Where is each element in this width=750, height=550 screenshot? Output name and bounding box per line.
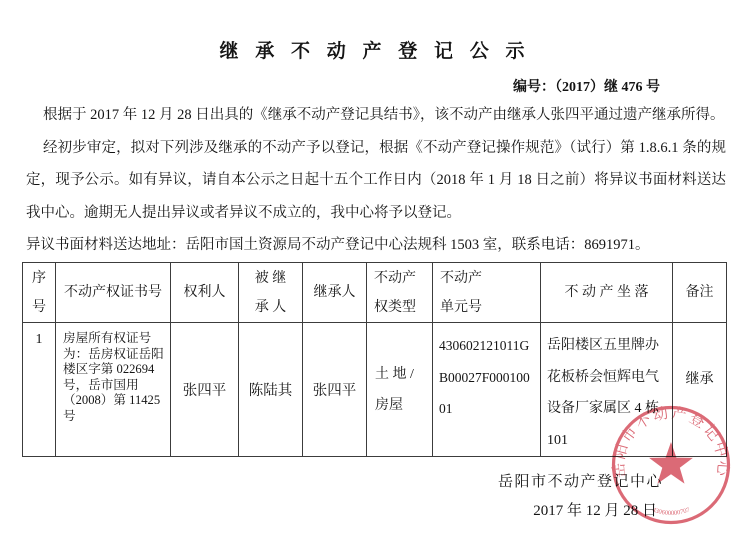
paragraph-contact: 异议书面材料送达地址：岳阳市国土资源局不动产登记中心法规科 1503 室，联系电… [26,229,726,262]
cell-cert-no: 房屋所有权证号 为：岳房权证岳阳 楼区字第 022694 号，岳市国用 （200… [56,323,171,457]
header-unit-no: 不动产 单元号 [433,263,541,323]
cell-seq: 1 [23,323,56,457]
signature-org: 岳阳市不动产登记中心 [498,470,663,491]
registration-table: 序号 不动产权证书号 权利人 被 继 承 人 继承人 不动产 权类型 不动产 单… [22,262,727,457]
cell-heir: 张四平 [303,323,367,457]
table-row: 1 房屋所有权证号 为：岳房权证岳阳 楼区字第 022694 号，岳市国用 （2… [23,323,727,457]
header-decedent: 被 继 承 人 [239,263,303,323]
header-heir: 继承人 [303,263,367,323]
cell-unit-no: 430602121011G B00027F000100 01 [433,323,541,457]
paragraph-review: 经初步审定，拟对下列涉及继承的不动产予以登记，根据《不动产登记操作规范》（试行）… [26,132,726,230]
cell-decedent: 陈陆其 [239,323,303,457]
header-seq: 序号 [23,263,56,323]
header-cert-no: 不动产权证书号 [56,263,171,323]
body-paragraphs: 根据于 2017 年 12 月 28 日出具的《继承不动产登记具结书》，该不动产… [26,99,726,262]
seal-code-wrap: 430600000707 [651,506,691,517]
table-header-row: 序号 不动产权证书号 权利人 被 继 承 人 继承人 不动产 权类型 不动产 单… [23,263,727,323]
paragraph-basis: 根据于 2017 年 12 月 28 日出具的《继承不动产登记具结书》，该不动产… [26,99,726,132]
cell-right-type: 土 地 / 房屋 [367,323,433,457]
serial-number: 编号：（2017）继 476 号 [513,76,660,96]
cell-location: 岳阳楼区五里牌办 花板桥会恒辉电气 设备厂家属区 4 栋 101 [541,323,673,457]
header-remark: 备注 [673,263,727,323]
cell-remark: 继承 [673,323,727,457]
header-right-type: 不动产 权类型 [367,263,433,323]
page-title: 继 承 不 动 产 登 记 公 示 [0,36,750,63]
header-location: 不 动 产 坐 落 [541,263,673,323]
seal-code: 430600000707 [651,506,691,517]
cell-right-holder: 张四平 [171,323,239,457]
signature-date: 2017 年 12 月 28 日 [533,499,657,520]
notice-document: 继 承 不 动 产 登 记 公 示 编号：（2017）继 476 号 根据于 2… [0,0,750,550]
header-right-holder: 权利人 [171,263,239,323]
